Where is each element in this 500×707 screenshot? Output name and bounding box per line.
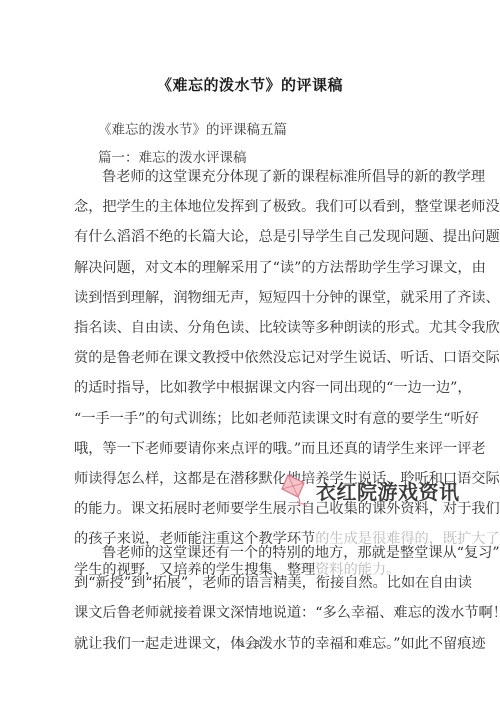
- paragraph-line: 念，把学生的主体地位发挥到了极致。我们可以看到，整堂课老师没: [74, 192, 436, 222]
- paragraph-line: 到“新授”到“拓展”，老师的语言精美，衔接自然。比如在自由读: [74, 568, 436, 598]
- paragraph-line: 赏的是鲁老师在课文教授中依然没忘记对学生说话、听话、口语交际: [74, 343, 436, 373]
- document-subtitle: 《难忘的泼水节》的评课稿五篇: [98, 118, 287, 138]
- watermark-text: 衣红院游戏资讯: [316, 476, 460, 505]
- document-title: 《难忘的泼水节》的评课稿: [0, 74, 500, 95]
- paragraph-line: 鲁老师的这堂课充分体现了新的课程标准所倡导的新的教学理: [74, 162, 436, 192]
- paragraph-line: 哦，等一下老师要请你来点评的哦。”而且还真的请学生来评一评老: [74, 434, 436, 464]
- paragraph-line: “一手一手”的句式训练；比如老师范读课文时有意的要学生“听好: [74, 404, 436, 434]
- kite-icon: [276, 473, 310, 507]
- paragraph-line: 课文后鲁老师就接着课文深情地说道：“多么幸福、难忘的泼水节啊！: [74, 598, 436, 628]
- paragraph-line: 有什么滔滔不绝的长篇大论，总是引导学生自己发现问题、提出问题、: [74, 222, 436, 252]
- watermark: 衣红院游戏资讯: [276, 472, 460, 508]
- document-page: 《难忘的泼水节》的评课稿 《难忘的泼水节》的评课稿五篇 篇一：难忘的泼水评课稿 …: [0, 0, 500, 707]
- paragraph-1: 鲁老师的这堂课充分体现了新的课程标准所倡导的新的教学理 念，把学生的主体地位发挥…: [74, 162, 436, 585]
- paragraph-line: 读到悟到理解，润物细无声，短短四十分钟的课堂，就采用了齐读、: [74, 283, 436, 313]
- paragraph-line: 指名读、自由读、分角色读、比较读等多种朗读的形式。尤其令我欣: [74, 313, 436, 343]
- paragraph-line: 的适时指导，比如教学中根据课文内容一同出现的“一边一边”，: [74, 373, 436, 403]
- paragraph-line: 鲁老师的这堂课还有一个的特别的地方，那就是整堂课从“复习”: [74, 538, 436, 568]
- page-indicator: 1 / 8: [0, 640, 500, 650]
- paragraph-line: 解决问题，对文本的理解采用了“读”的方法帮助学生学习课文，由: [74, 253, 436, 283]
